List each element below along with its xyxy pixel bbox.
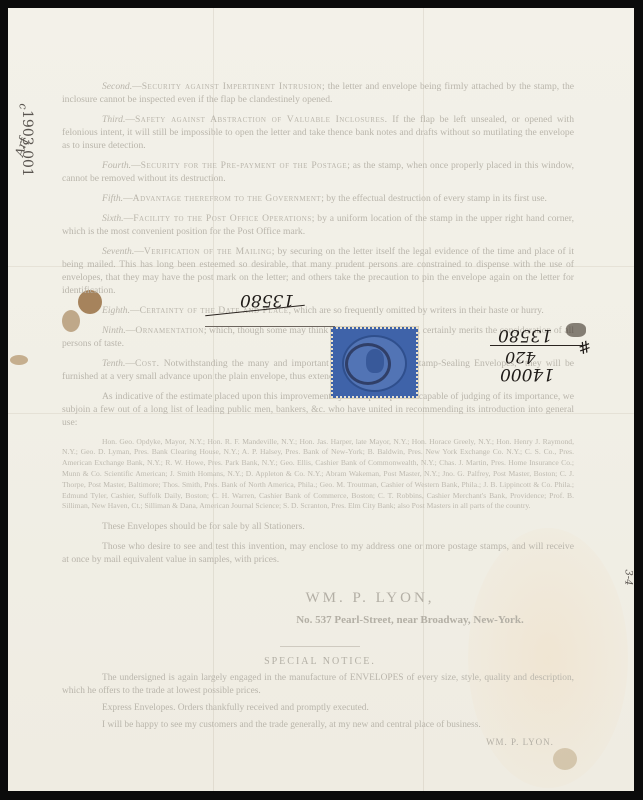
para-heading: Safety against Abstraction of Valuable I… [135, 114, 388, 125]
para-text: ; by securing on the letter itself the l… [62, 246, 574, 296]
firm-name: WM. P. LYON, [220, 590, 520, 607]
para-heading: Verification of the Mailing [144, 246, 272, 257]
para-heading: Cost. [135, 358, 160, 369]
para-lead: Fifth. [102, 193, 123, 204]
brown-stain [10, 355, 28, 365]
special-notice-heading: SPECIAL NOTICE. [200, 656, 440, 667]
special-notice-body: The undersigned is again largely engaged… [62, 672, 574, 736]
firm-address: No. 537 Pearl-Street, near Broadway, New… [200, 614, 620, 626]
right-edge-mark: 3-4 [623, 569, 634, 585]
sum-line [490, 345, 582, 346]
underline-stroke [205, 326, 335, 327]
para-text: As indicative of the estimate placed upo… [62, 391, 574, 428]
para-lead: Seventh. [102, 246, 134, 257]
margin-note-c: c [17, 103, 30, 109]
para-heading: Security for the Pre-payment of the Post… [141, 160, 348, 171]
para-heading: Ornamentation [135, 325, 203, 336]
special-notice-line: Express Envelopes. Orders thankfully rec… [62, 702, 574, 715]
para-lead: Second. [102, 81, 132, 92]
divider [280, 646, 360, 647]
para-text: ; by the effectual destruction of every … [321, 193, 547, 204]
signature: WM. P. LYON. [470, 737, 570, 747]
test-notice: Those who desire to see and test this in… [62, 540, 574, 566]
para-lead: Fourth. [102, 160, 131, 171]
para-text: , which are so frequently omitted by wri… [289, 305, 544, 316]
ink-blot [566, 323, 586, 337]
para-lead: Eighth. [102, 305, 130, 316]
special-notice-line: I will be happy to see my customers and … [62, 719, 574, 732]
postmark-cancel-icon [345, 343, 391, 385]
postage-stamp [331, 327, 418, 398]
sale-notice: These Envelopes should be for sale by al… [62, 520, 574, 533]
para-heading: Security against Impertinent Intrusion [142, 81, 322, 92]
para-lead: Sixth. [102, 213, 124, 224]
endorsement-list: Hon. Geo. Opdyke, Mayor, N.Y.; Hon. R. F… [62, 437, 574, 513]
para-lead: Third. [102, 114, 125, 125]
special-notice-line: The undersigned is again largely engaged… [62, 672, 574, 698]
para-heading: Facility to the Post Office Operations [133, 213, 312, 224]
handwritten-sum: 14000 [500, 364, 554, 384]
para-lead: Tenth. [102, 358, 125, 369]
para-heading: Advantage therefrom to the Government [133, 193, 322, 204]
para-lead: Ninth. [102, 325, 126, 336]
handwritten-total: 13580 [498, 325, 552, 345]
